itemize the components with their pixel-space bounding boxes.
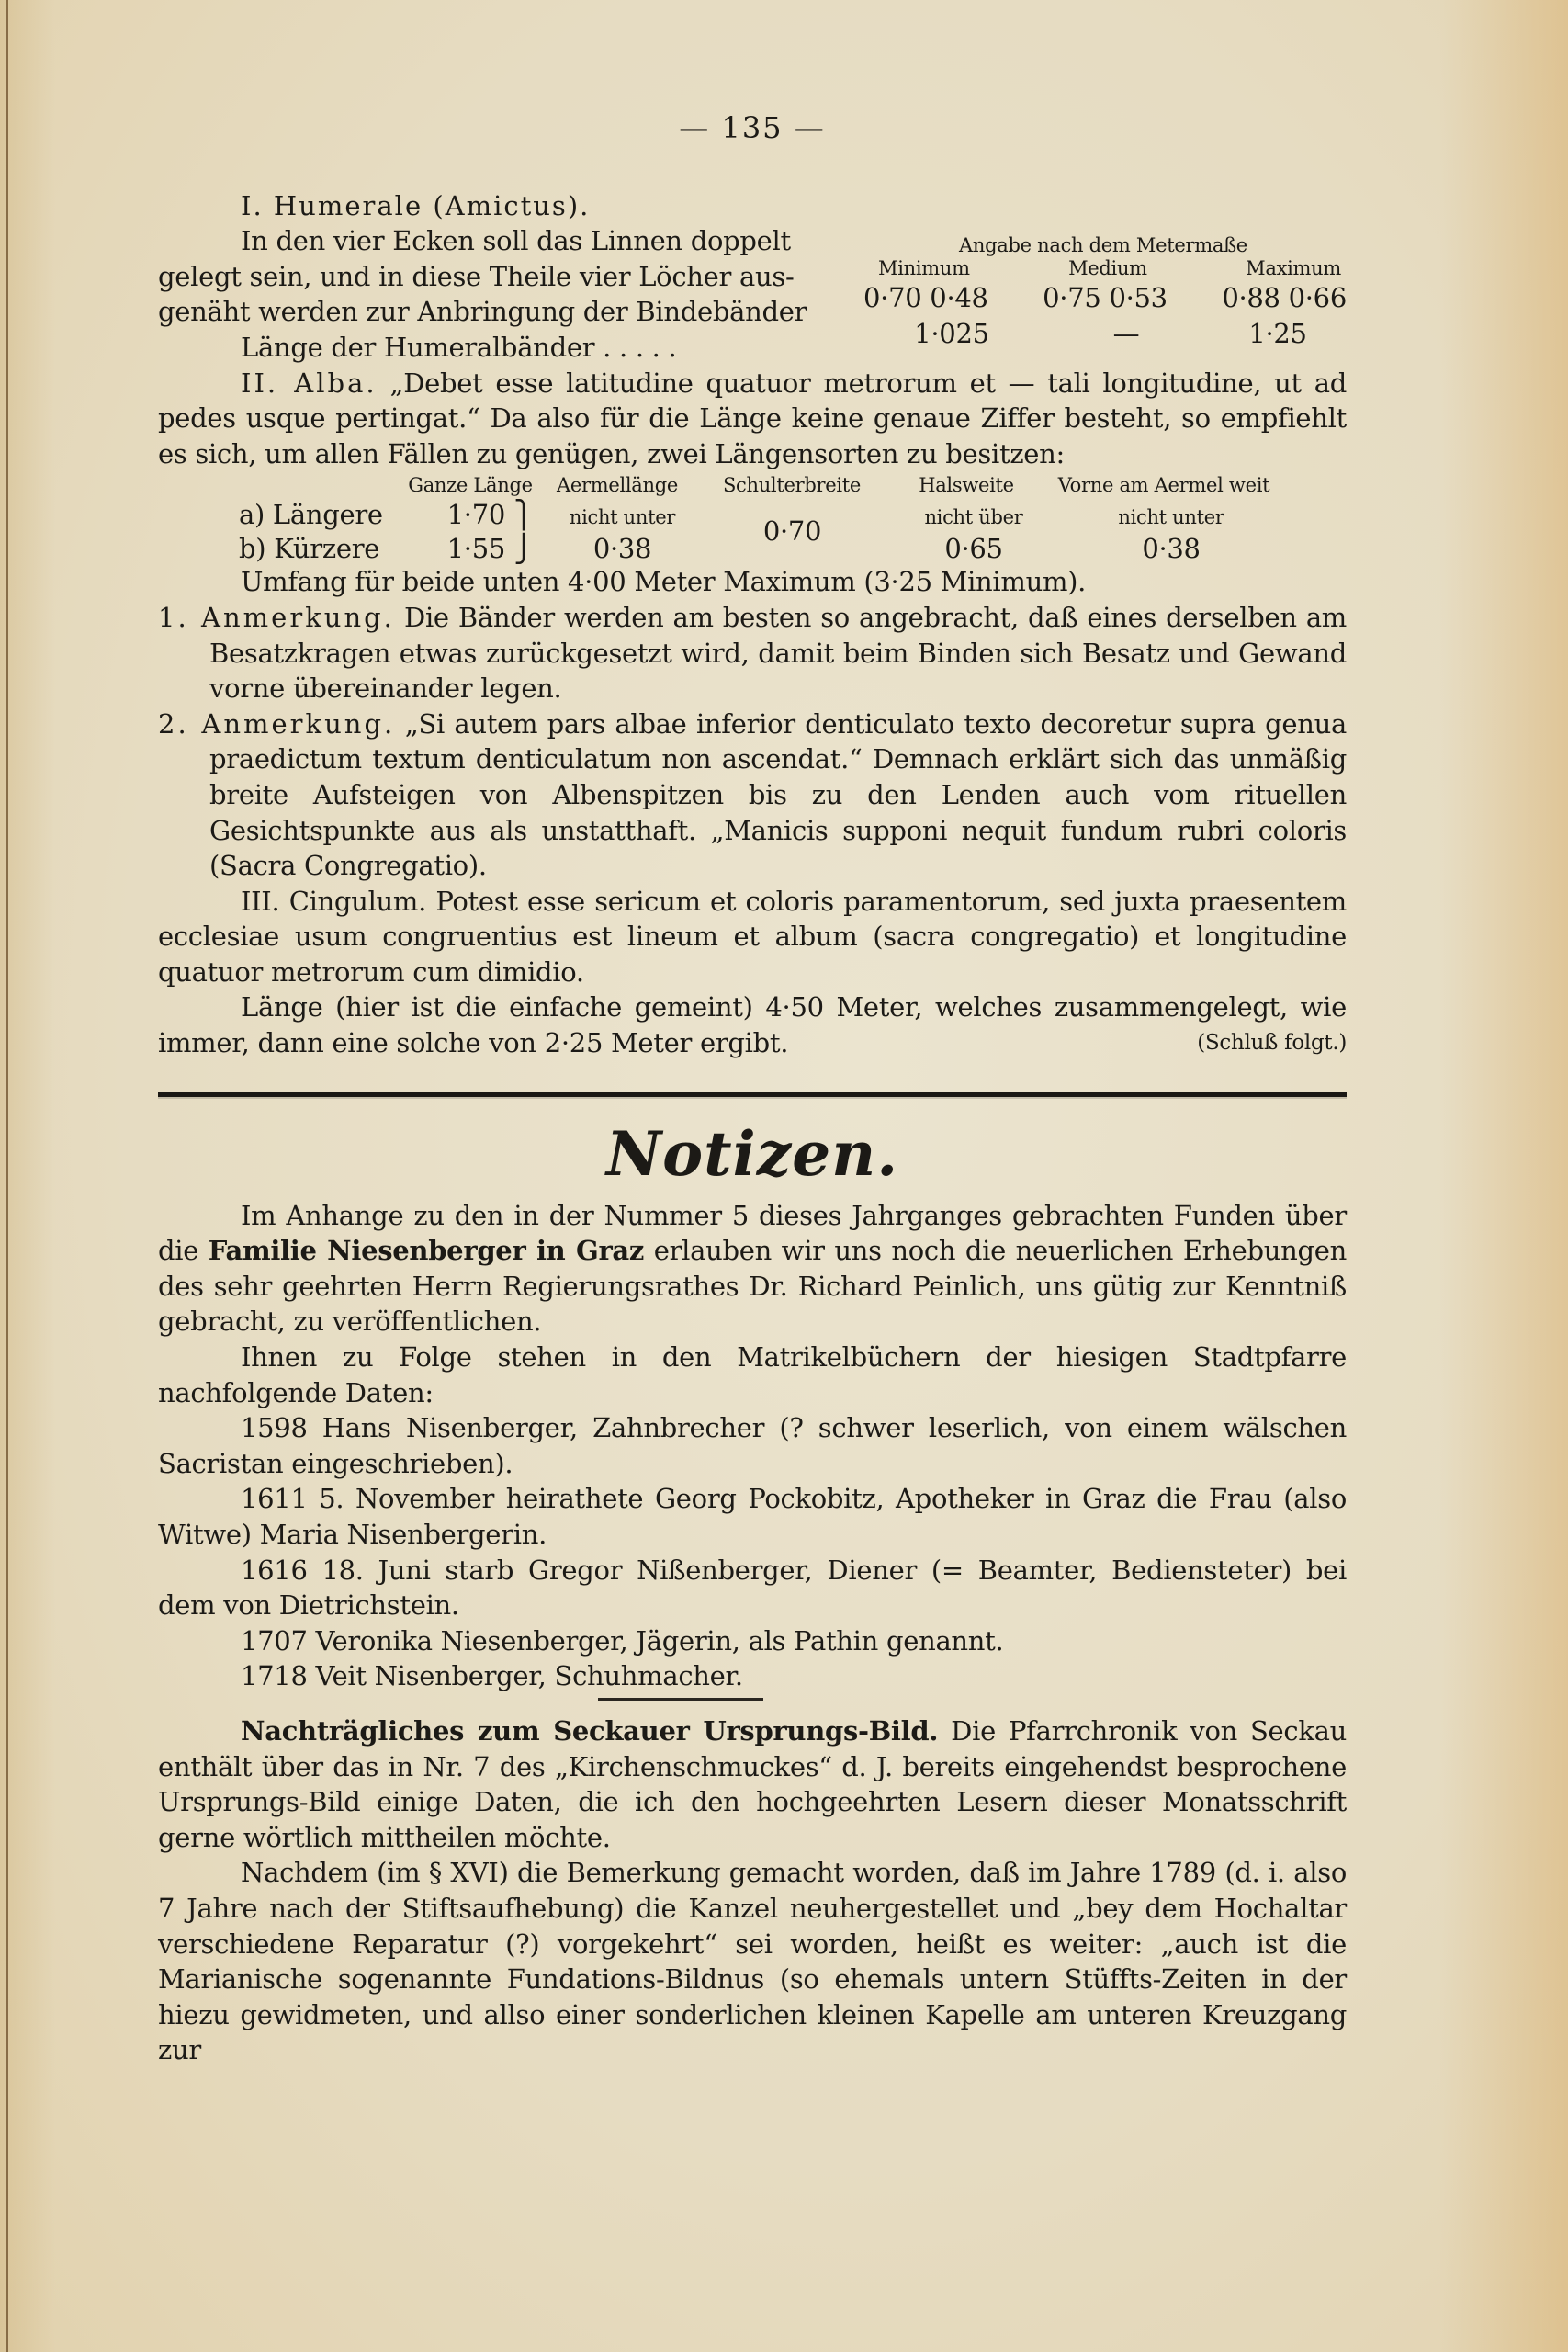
col-maximum: Maximum <box>1246 256 1341 280</box>
cingulum-length: Länge (hier ist die einfache gemeint) 4·… <box>158 989 1347 1060</box>
col-schulterbreite: Schulterbreite <box>700 471 884 499</box>
measure-caption: Angabe nach dem Metermaße <box>860 223 1347 256</box>
humerale-heading: I. Humerale (Amictus). <box>158 188 1347 224</box>
humerale-line-2: gelegt sein, und in diese Theile vier Lö… <box>158 259 860 295</box>
col-medium: Medium <box>1068 256 1147 280</box>
record-entry: 1616 18. Juni starb Gregor Nißenberger, … <box>158 1553 1347 1623</box>
value-med: 0·75 0·53 <box>1043 280 1168 316</box>
seckau-continuation: Nachdem (im § XVI) die Bemerkung gemacht… <box>158 1855 1347 2068</box>
continued-note: (Schluß folgt.) <box>1114 1025 1347 1061</box>
alba-paragraph: II. Alba. „Debet esse latitudine quatuor… <box>158 366 1347 472</box>
section-humerale: I. Humerale (Amictus). In den vier Ecken… <box>158 188 1347 366</box>
page-number: — 135 — <box>158 110 1347 146</box>
notes-section: 1. Anmerkung. Die Bänder werden am beste… <box>158 600 1347 884</box>
value-max: 1·25 <box>1209 316 1347 352</box>
scanned-page: — 135 — I. Humerale (Amictus). In den vi… <box>0 0 1568 2352</box>
aermel-value: nicht unter <box>542 502 703 533</box>
notizen-data-intro: Ihnen zu Folge stehen in den Matrikelbüc… <box>158 1340 1347 1410</box>
col-vorne-aermel: Vorne am Aermel weit <box>1049 471 1279 499</box>
alba-table-header: Ganze Länge Aermellänge Schulterbreite H… <box>158 471 1347 499</box>
hals-value: nicht über <box>882 502 1066 533</box>
col-aermellaenge: Aermellänge <box>535 471 700 499</box>
ganze-laenge-value: 1·70 <box>404 499 505 530</box>
value-min: 1·025 <box>860 316 1043 352</box>
humerale-block: In den vier Ecken soll das Linnen doppel… <box>158 223 1347 365</box>
note-label: 2. Anmerkung. <box>158 708 395 740</box>
ganze-laenge-value: 1·55 <box>404 533 505 564</box>
note-2: 2. Anmerkung. „Si autem pars albae infer… <box>158 707 1347 884</box>
alba-table: Ganze Länge Aermellänge Schulterbreite H… <box>158 471 1347 564</box>
col-minimum: Minimum <box>878 256 970 280</box>
book-spine-edge <box>6 0 8 2352</box>
bindebaender-values: 0·70 0·48 0·75 0·53 0·88 0·66 <box>860 280 1347 316</box>
record-entry: 1598 Hans Nisenberger, Zahnbrecher (? sc… <box>158 1410 1347 1481</box>
note-1: 1. Anmerkung. Die Bänder werden am beste… <box>158 600 1347 707</box>
short-divider <box>598 1698 763 1701</box>
humeralbaender-values: 1·025 — 1·25 <box>860 316 1347 352</box>
seckau-heading: Nachträgliches zum Seckauer Ursprungs-Bi… <box>241 1715 938 1747</box>
section-divider <box>158 1092 1347 1097</box>
humerale-text: In den vier Ecken soll das Linnen doppel… <box>158 223 860 365</box>
vorne-value: nicht unter <box>1066 502 1277 533</box>
alba-umfang: Umfang für beide unten 4·00 Meter Maximu… <box>158 564 1347 600</box>
col-ganze-laenge: Ganze Länge <box>406 471 535 499</box>
seckau-paragraph: Nachträgliches zum Seckauer Ursprungs-Bi… <box>158 1713 1347 1855</box>
value-max: 0·88 0·66 <box>1222 280 1347 316</box>
section-notizen: Notizen. Im Anhange zu den in der Nummer… <box>158 1117 1347 2068</box>
col-halsweite: Halsweite <box>884 471 1049 499</box>
measure-column-headers: Minimum Medium Maximum <box>860 256 1347 280</box>
value-min: 0·70 0·48 <box>863 280 988 316</box>
notizen-title: Notizen. <box>158 1117 1347 1191</box>
aermel-value: 0·38 <box>542 533 703 564</box>
record-entry: 1611 5. November heirathete Georg Pockob… <box>158 1481 1347 1552</box>
note-label: 1. Anmerkung. <box>158 602 395 633</box>
schulterbreite-value: 0·70 <box>703 515 882 547</box>
vorne-value: 0·38 <box>1066 533 1277 564</box>
family-name-emphasis: Familie Niesenberger in Graz <box>209 1235 644 1266</box>
alba-row-laengere: a) Längere 1·70 ⎫ nicht unter 0·70 nicht… <box>158 499 1347 533</box>
section-cingulum: III. Cingulum. Potest esse sericum et co… <box>158 884 1347 1061</box>
value-med: — <box>1043 316 1209 352</box>
row-label: a) Längere <box>158 499 404 530</box>
alba-heading: II. Alba. <box>241 367 378 399</box>
humerale-line-3: genäht werden zur Anbringung der Bindebä… <box>158 294 860 330</box>
humerale-measure-table: Angabe nach dem Metermaße Minimum Medium… <box>860 223 1347 365</box>
section-alba: II. Alba. „Debet esse latitudine quatuor… <box>158 366 1347 600</box>
record-entry: 1718 Veit Nisenberger, Schuhmacher. <box>158 1658 1347 1694</box>
page-content: — 135 — I. Humerale (Amictus). In den vi… <box>158 110 1347 2068</box>
humerale-length-label: Länge der Humeralbänder . . . . . <box>158 330 860 366</box>
humerale-line-1: In den vier Ecken soll das Linnen doppel… <box>158 223 860 259</box>
record-entry: 1707 Veronika Niesenberger, Jägerin, als… <box>158 1623 1347 1659</box>
hals-value: 0·65 <box>882 533 1066 564</box>
notizen-intro: Im Anhange zu den in der Nummer 5 dieses… <box>158 1198 1347 1340</box>
cingulum-paragraph: III. Cingulum. Potest esse sericum et co… <box>158 884 1347 990</box>
row-label: b) Kürzere <box>158 533 404 564</box>
